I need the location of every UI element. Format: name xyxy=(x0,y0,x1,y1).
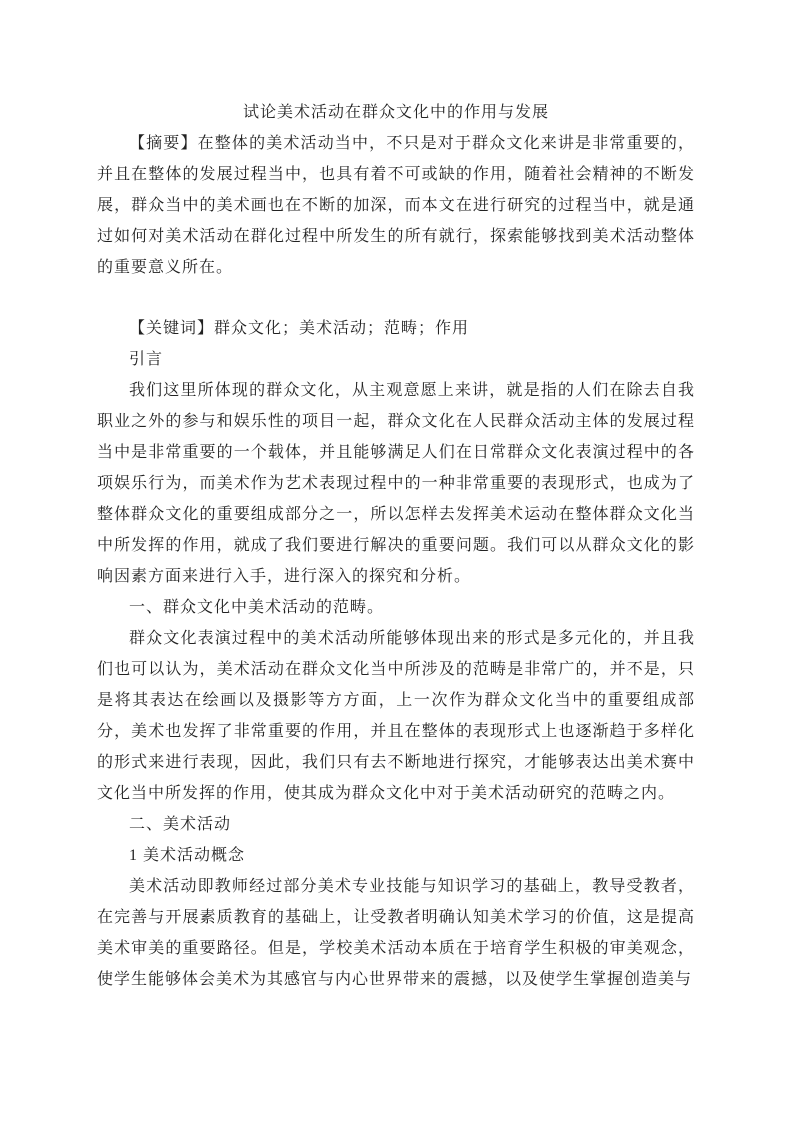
document-title: 试论美术活动在群众文化中的作用与发展 xyxy=(97,97,695,128)
introduction-heading: 引言 xyxy=(97,344,695,375)
section-1-heading: 一、群众文化中美术活动的范畴。 xyxy=(97,592,695,623)
keywords-line: 【关键词】群众文化；美术活动；范畴；作用 xyxy=(97,313,695,344)
blank-line-spacer xyxy=(97,283,695,313)
document-page: 试论美术活动在群众文化中的作用与发展 【摘要】在整体的美术活动当中，不只是对于群… xyxy=(0,0,793,1122)
section-2-heading: 二、美术活动 xyxy=(97,809,695,840)
section-2-subheading: 1 美术活动概念 xyxy=(97,840,695,871)
document-body: 试论美术活动在群众文化中的作用与发展 【摘要】在整体的美术活动当中，不只是对于群… xyxy=(97,97,695,995)
section-1-paragraph: 群众文化表演过程中的美术活动所能够体现出来的形式是多元化的，并且我们也可以认为，… xyxy=(97,623,695,809)
introduction-paragraph: 我们这里所体现的群众文化，从主观意愿上来讲，就是指的人们在除去自我职业之外的参与… xyxy=(97,375,695,592)
section-2-paragraph: 美术活动即教师经过部分美术专业技能与知识学习的基础上，教导受教者，在完善与开展素… xyxy=(97,871,695,995)
abstract-paragraph: 【摘要】在整体的美术活动当中，不只是对于群众文化来讲是非常重要的，并且在整体的发… xyxy=(97,128,695,283)
